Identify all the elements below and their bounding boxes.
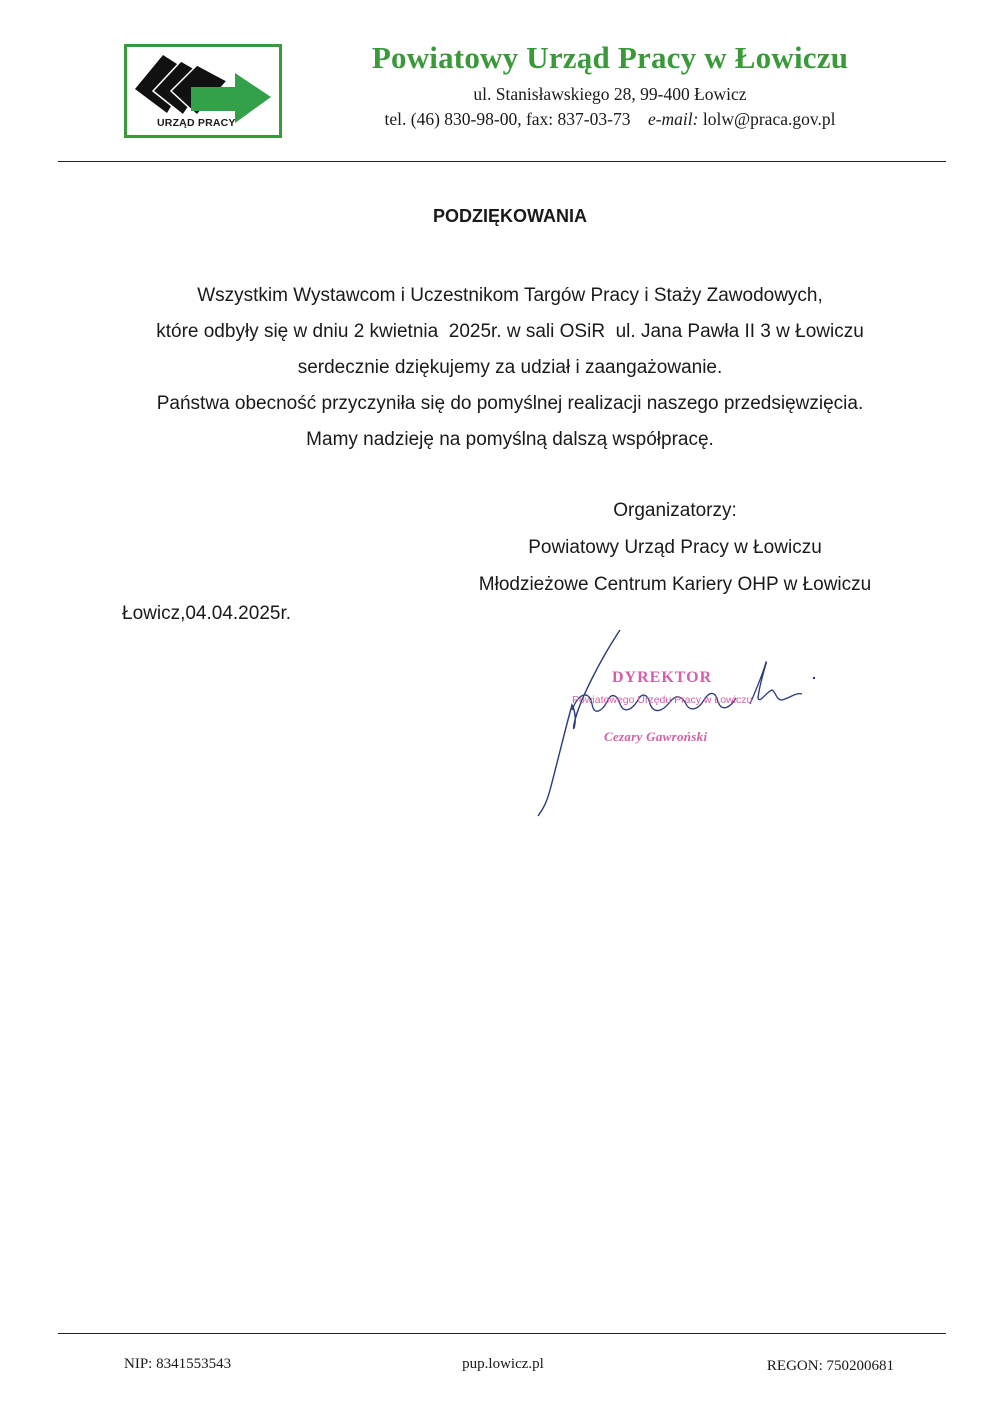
body-line: Mamy nadzieję na pomyślną dalszą współpr… [100,422,920,458]
body-line: Wszystkim Wystawcom i Uczestnikom Targów… [100,278,920,314]
footer-divider [58,1333,946,1334]
website-link[interactable]: pup.lowicz.pl [462,1356,544,1372]
document-title: PODZIĘKOWANIA [0,206,1000,227]
email-address[interactable]: lolw@praca.gov.pl [703,109,836,129]
organizers-heading: Organizatorzy: [440,492,910,529]
body-line: serdecznie dziękujemy za udział i zaanga… [100,350,920,386]
handwritten-signature [520,620,840,820]
document-body: Wszystkim Wystawcom i Uczestnikom Targów… [100,278,920,458]
stamp-organization: Powiatowego Urzędu Pracy w Łowiczu [572,694,752,706]
phone-fax: tel. (46) 830-98-00, fax: 837-03-73 [385,109,631,129]
organizer-name: Młodzieżowe Centrum Kariery OHP w Łowicz… [440,566,910,603]
logo: URZĄD PRACY [124,44,282,138]
footer-regon: REGON: 750200681 [767,1358,894,1375]
organization-contact: tel. (46) 830-98-00, fax: 837-03-73 e-ma… [330,109,890,130]
logo-label: URZĄD PRACY [157,117,236,129]
place-and-date: Łowicz,04.04.2025r. [122,603,291,625]
stamp-title: DYREKTOR [612,669,712,687]
organizer-name: Powiatowy Urząd Pracy w Łowiczu [440,529,910,566]
organizers-block: Organizatorzy: Powiatowy Urząd Pracy w Ł… [440,492,910,603]
email-label: e-mail: [648,109,699,129]
header-divider [58,161,946,162]
organization-name: Powiatowy Urząd Pracy w Łowiczu [330,40,890,76]
body-line: Państwa obecność przyczyniła się do pomy… [100,386,920,422]
stamp-name: Cezary Gawroński [604,729,707,745]
body-line: które odbyły się w dniu 2 kwietnia 2025r… [100,314,920,350]
organization-address: ul. Stanisławskiego 28, 99-400 Łowicz [330,84,890,105]
